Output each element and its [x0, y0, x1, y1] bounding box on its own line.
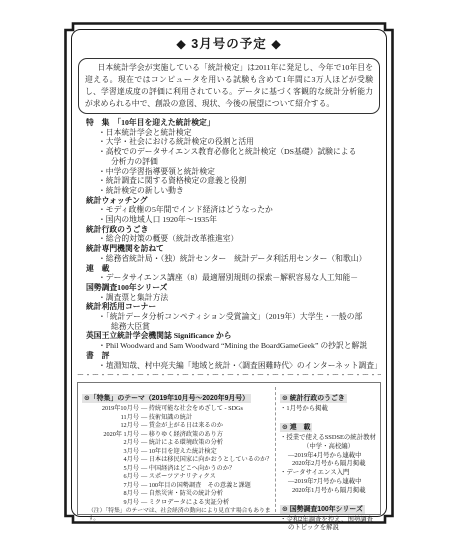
- page-content: ◆ 3月号の予定 ◆ 日本統計学会が実施している「統計検定」は2011年に発足し…: [77, 31, 381, 516]
- section-heading: 統計ウォッチング: [86, 196, 381, 206]
- schedule-right-item: ・授業で使えるSSDSEの統計教材: [280, 434, 377, 443]
- section-heading: 統計行政のうごき: [86, 225, 381, 235]
- schedule-note: （注）「特集」のテーマは、社会経済の動向により見直す場合もあります。: [82, 508, 273, 523]
- section-heading: 英国王立統計学会機関誌 Significance から: [86, 331, 381, 341]
- page-frame: ◆ 3月号の予定 ◆ 日本統計学会が実施している「統計検定」は2011年に発足し…: [64, 22, 394, 524]
- page-title: ◆ 3月号の予定 ◆: [77, 34, 381, 52]
- schedule-row: 7月号― 100年目の国勢調査 その意義と課題: [82, 482, 273, 491]
- schedule-row: 4月号― 日本は移民国家に向かおうとしているのか？: [82, 456, 273, 465]
- section-heading: 統計利活用コーナー: [86, 302, 381, 312]
- toc-item: ・総合的対策の概要（統計改革推進室）: [86, 234, 381, 244]
- schedule-row: 2月号― 統計による環境政策の分析: [82, 439, 273, 448]
- toc-item: ・統計調査に関する資格検定の意義と役割: [86, 176, 381, 186]
- schedule-row: 2019年10月号― 持続可能な社会をめざして - SDGs: [82, 405, 273, 414]
- toc-item-continuation: 総務大臣賞: [86, 322, 381, 332]
- intro-text: 日本統計学会が実施している「統計検定」は2011年に発足し、今年で10年目を迎え…: [85, 62, 373, 110]
- schedule-right-section: ⊙ 統計行政のうごき ・1月号から掲載: [280, 387, 377, 414]
- toc-item: ・モディ政権の5年間でインド経済はどうなったか: [86, 205, 381, 215]
- section-heading: 国勢調査100年シリーズ: [86, 283, 381, 293]
- section-heading: 特 集 「10年目を迎えた統計検定」: [86, 118, 381, 128]
- toc-item: ・調査票と集計方法: [86, 293, 381, 303]
- schedule-right-item: 2020年2月号から隔月掲載: [280, 460, 377, 469]
- schedule-left-column: ⊙「特集」のテーマ（2019年10月号～2020年9月号） 2019年10月号―…: [82, 387, 276, 512]
- toc-item: ・埴淵知哉、村中亮夫編「地域と統計・〈調査困難時代〉のインターネット調査」: [86, 361, 381, 371]
- schedule-right-column: ⊙ 統計行政のうごき ・1月号から掲載 ⊙ 連 載 ・授業で使えるSSDSEの統…: [276, 387, 377, 512]
- schedule-right-item: ―2019年7月号から連載中: [280, 478, 377, 487]
- toc-item: ・「統計データ分析コンペティション受賞論文」（2019年）大学生・一般の部: [86, 312, 381, 322]
- intro-box: 日本統計学会が実施している「統計検定」は2011年に発足し、今年で10年目を迎え…: [78, 58, 380, 114]
- toc-item-continuation: 分析力の評価: [86, 157, 381, 167]
- schedule-left-header: ⊙「特集」のテーマ（2019年10月号～2020年9月号）: [82, 394, 251, 403]
- schedule-right-section: ⊙ 連 載 ・授業で使えるSSDSEの統計教材 （中学・高校編） ―2019年4…: [280, 416, 377, 496]
- schedule-right-item: （中学・高校編）: [280, 443, 377, 452]
- schedule-right-header: ⊙ 連 載: [280, 423, 312, 432]
- section-heading: 統計専門機関を訪ねて: [86, 244, 381, 254]
- schedule-row: 3月号― 10年目を迎えた統計検定: [82, 448, 273, 457]
- schedule-row: 6月号― スポーツアナリティクス: [82, 473, 273, 482]
- schedule-right-header: ⊙ 国勢調査100年シリーズ: [280, 505, 365, 514]
- schedule-right-section: ⊙ 国勢調査100年シリーズ ・令和2年調査を控え、国勢調査 のトピックを解説: [280, 498, 377, 534]
- schedule-right-item: ・1月号から掲載: [280, 405, 377, 414]
- schedule-right-item: のトピックを解説: [280, 524, 377, 533]
- schedule-row: 11月号― 技術知識の統計: [82, 414, 273, 423]
- toc-item: ・大学・社会における統計検定の役割と活用: [86, 137, 381, 147]
- toc-item: ・高校でのデータサイエンス教育必修化と統計検定（DS基礎）試験による: [86, 147, 381, 157]
- schedule-right-item: ・データサイエンス入門: [280, 469, 377, 478]
- toc-item: ・日本統計学会と統計検定: [86, 128, 381, 138]
- section-heading: 書 評: [86, 351, 381, 361]
- table-of-contents: 特 集 「10年目を迎えた統計検定」 ・日本統計学会と統計検定 ・大学・社会にお…: [77, 118, 381, 370]
- schedule-row: 12月号― 賃金が上がる日は来るのか: [82, 422, 273, 431]
- toc-item: ・Phil Woodward and Sam Woodward “Mining …: [86, 341, 381, 351]
- section-heading: 連 載: [86, 264, 381, 274]
- schedule-row: 2020年 1月号― 移りゆく経済政策のあり方: [82, 431, 273, 440]
- schedule-row: 8月号― 自然災害・防災の統計分析: [82, 490, 273, 499]
- toc-item: ・国内の地域人口 1920年～1935年: [86, 215, 381, 225]
- schedule-row: 5月号― 中国経済はどこへ向かうのか？: [82, 465, 273, 474]
- toc-item: ・中学の学習指導要領と統計検定: [86, 167, 381, 177]
- schedule-box: ⊙「特集」のテーマ（2019年10月号～2020年9月号） 2019年10月号―…: [77, 382, 381, 515]
- toc-item: ・データサイエンス講座（8）最適層別規則の探索－解釈容易な人工知能－: [86, 273, 381, 283]
- toc-item: ・総務省統計局・（独）統計センター 統計データ利活用センター（和歌山）: [86, 254, 381, 264]
- schedule-row: 9月号― ミクロデータによる実証分析: [82, 499, 273, 508]
- schedule-right-item: 2020年1月号から隔月掲載: [280, 487, 377, 496]
- toc-item: ・統計検定の新しい動き: [86, 186, 381, 196]
- schedule-right-header: ⊙ 統計行政のうごき: [280, 394, 347, 403]
- dash-dot-divider: ー・ー・ー・ー・ー・ー・ー・ー・ー・ー・ー・ー・ー・ー・ー・ー・ー・ー・ー・ー・…: [77, 372, 381, 379]
